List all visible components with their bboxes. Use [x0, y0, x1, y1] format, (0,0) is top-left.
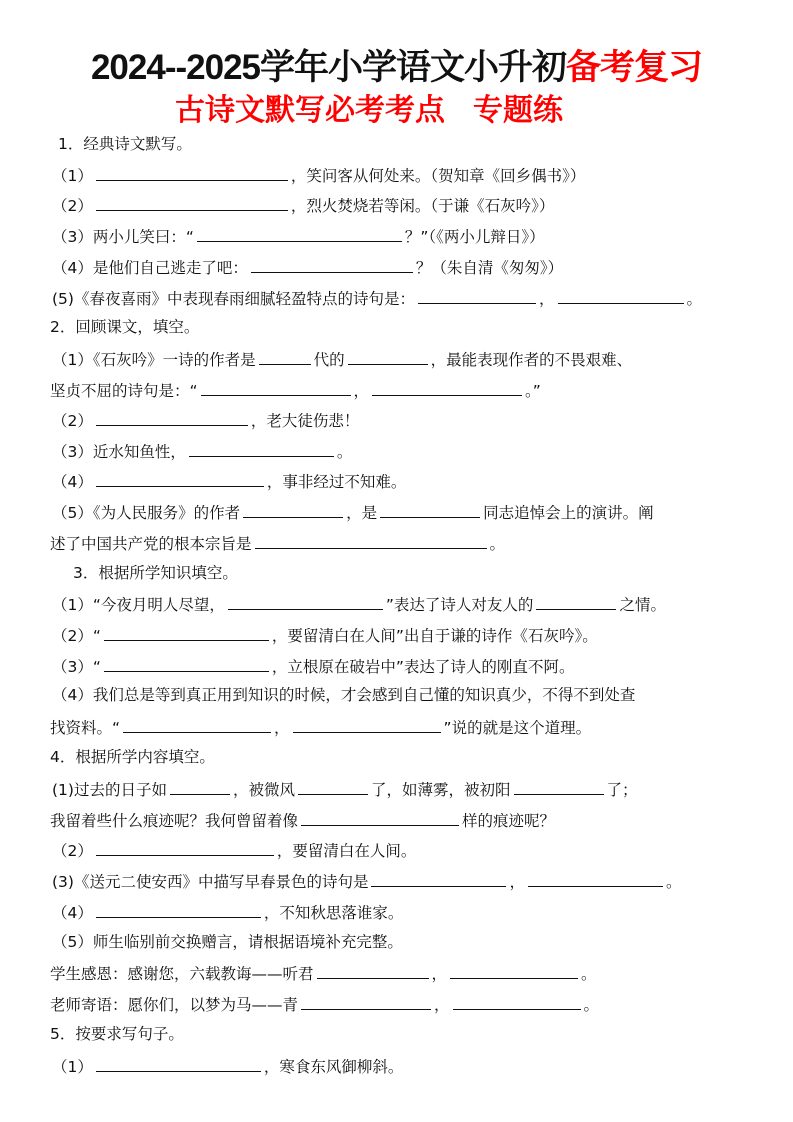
answer-blank[interactable] [96, 900, 261, 918]
answer-blank[interactable] [197, 224, 402, 242]
q5-item-1: （1），寒食东风御柳斜。 [52, 1054, 403, 1078]
q1-item-4: （4）是他们自己逃走了吧：？（朱自清《匆匆》） [52, 255, 563, 279]
q1-item-3: （3）两小儿笑曰：“？”（《两小儿辩日》） [52, 224, 545, 248]
q4-item-5: （5）师生临别前交换赠言，请根据语境补充完整。 [52, 931, 403, 953]
q2-item-1: （1）《石灰吟》一诗的作者是代的，最能表现作者的不畏艰难、 [52, 347, 632, 371]
q4-item-3: (3)《送元二使安西》中描写早春景色的诗句是，。 [52, 869, 682, 893]
answer-blank[interactable] [301, 992, 431, 1010]
subtitle-part1: 古诗文默写必考考点 [175, 93, 445, 128]
answer-blank[interactable] [348, 347, 428, 365]
q1-item-2: （2），烈火焚烧若等闲。（于谦《石灰吟》） [52, 193, 554, 217]
answer-blank[interactable] [372, 378, 522, 396]
title-red: 备考复习 [566, 48, 702, 87]
answer-blank[interactable] [536, 592, 616, 610]
section-heading-1: 1．经典诗文默写。 [58, 133, 192, 155]
answer-blank[interactable] [558, 286, 684, 304]
answer-blank[interactable] [371, 869, 506, 887]
answer-blank[interactable] [170, 777, 230, 795]
answer-blank[interactable] [418, 286, 536, 304]
answer-blank[interactable] [189, 439, 334, 457]
q1-item-1: （1），笑问客从何处来。（贺知章《回乡偶书》） [52, 163, 585, 187]
subtitle-part2: 专题练 [473, 93, 563, 128]
answer-blank[interactable] [96, 163, 288, 181]
q3-item-4: （4）我们总是等到真正用到知识的时候，才会感到自己懂的知识真少，不得不到处查 [52, 684, 635, 706]
section-heading-3: 3．根据所学知识填空。 [73, 562, 238, 584]
q3-item-4-cont: 找资料。“，”说的就是这个道理。 [50, 715, 591, 739]
answer-blank[interactable] [528, 869, 663, 887]
student-message: 学生感恩：感谢您，六载教诲——听君，。 [50, 961, 597, 985]
answer-blank[interactable] [201, 378, 351, 396]
q3-item-2: （2）“，要留清白在人间”出自于谦的诗作《石灰吟》。 [52, 623, 598, 647]
answer-blank[interactable] [259, 347, 311, 365]
answer-blank[interactable] [123, 715, 271, 733]
q2-item-5-cont: 述了中国共产党的根本宗旨是。 [50, 531, 505, 555]
teacher-message: 老师寄语：愿你们，以梦为马——青，。 [50, 992, 599, 1016]
answer-blank[interactable] [96, 1054, 261, 1072]
answer-blank[interactable] [453, 992, 581, 1010]
answer-blank[interactable] [293, 715, 441, 733]
q4-item-1: (1)过去的日子如，被微风了，如薄雾，被初阳了； [52, 777, 638, 801]
answer-blank[interactable] [301, 808, 459, 826]
q2-item-3: （3）近水知鱼性，。 [52, 439, 352, 463]
q4-item-4: （4），不知秋思落谁家。 [52, 900, 403, 924]
q3-item-3: （3）“，立根原在破岩中”表达了诗人的刚直不阿。 [52, 654, 574, 678]
section-heading-4: 4．根据所学内容填空。 [50, 746, 215, 768]
answer-blank[interactable] [243, 500, 343, 518]
answer-blank[interactable] [298, 777, 368, 795]
q2-item-5: （5）《为人民服务》的作者，是同志追悼会上的演讲。阐 [52, 500, 654, 524]
answer-blank[interactable] [514, 777, 604, 795]
answer-blank[interactable] [96, 838, 274, 856]
q4-item-2: （2），要留清白在人间。 [52, 838, 416, 862]
answer-blank[interactable] [104, 654, 269, 672]
answer-blank[interactable] [96, 193, 288, 211]
q1-item-5: (5)《春夜喜雨》中表现春雨细腻轻盈特点的诗句是：，。 [52, 286, 702, 310]
page-title: 2024--2025学年小学语文小升初备考复习 [0, 46, 793, 90]
page-subtitle: 古诗文默写必考考点专题练 [175, 92, 563, 130]
q2-item-1-cont: 坚贞不屈的诗句是：“，。” [50, 378, 541, 402]
q4-item-1-cont: 我留着些什么痕迹呢？我何曾留着像样的痕迹呢？ [50, 808, 555, 832]
answer-blank[interactable] [228, 592, 383, 610]
answer-blank[interactable] [380, 500, 480, 518]
q3-item-1: （1）“今夜月明人尽望，”表达了诗人对友人的之情。 [52, 592, 666, 616]
answer-blank[interactable] [96, 408, 248, 426]
section-heading-5: 5．按要求写句子。 [50, 1023, 184, 1045]
answer-blank[interactable] [96, 469, 264, 487]
answer-blank[interactable] [450, 961, 578, 979]
title-black: 2024--2025学年小学语文小升初 [91, 48, 566, 87]
answer-blank[interactable] [104, 623, 269, 641]
q2-item-4: （4），事非经过不知难。 [52, 469, 406, 493]
section-heading-2: 2．回顾课文，填空。 [50, 316, 199, 338]
answer-blank[interactable] [317, 961, 429, 979]
q2-item-2: （2），老大徒伤悲！ [52, 408, 359, 432]
answer-blank[interactable] [251, 255, 413, 273]
answer-blank[interactable] [255, 531, 487, 549]
